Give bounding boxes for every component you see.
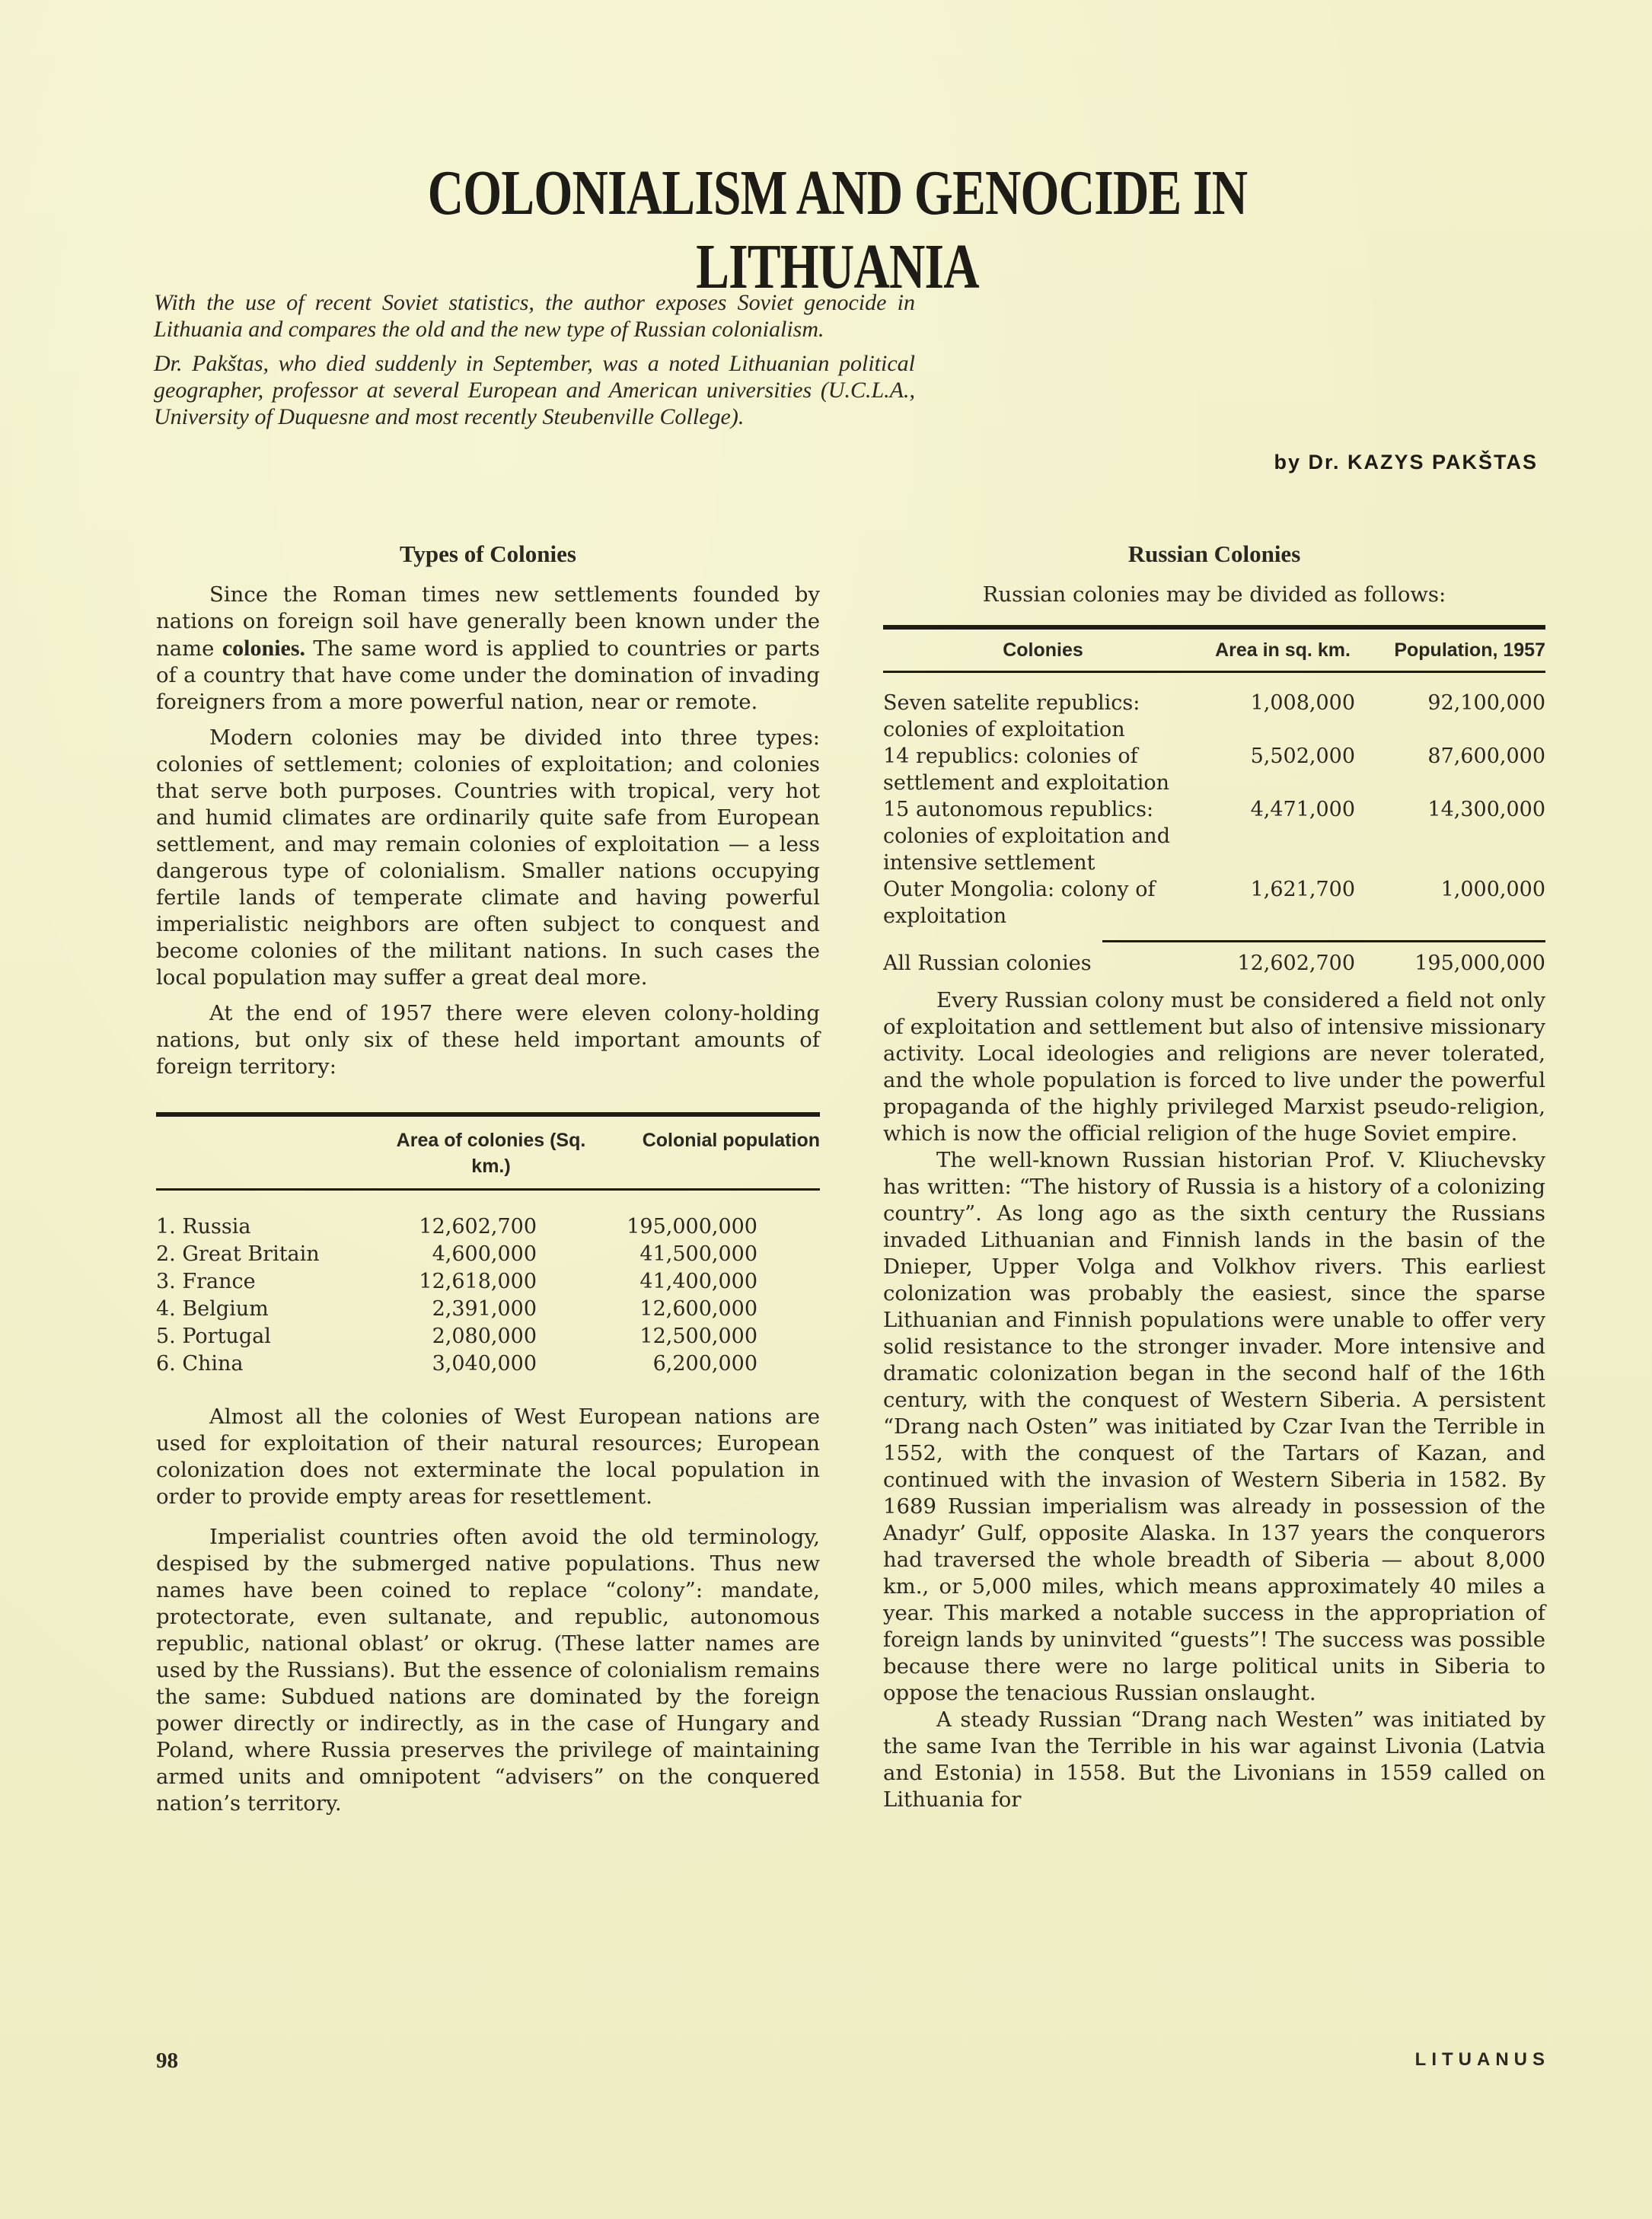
page-number: 98 bbox=[156, 2048, 178, 2074]
table-header: Area of colonies (Sq. km.) Colonial popu… bbox=[156, 1117, 820, 1188]
area-cell: 3,040,000 bbox=[377, 1350, 537, 1378]
journal-name: LITUANUS bbox=[1415, 2049, 1550, 2071]
table-body: 1. Russia12,602,700195,000,0002. Great B… bbox=[156, 1191, 820, 1395]
population-cell: 14,300,000 bbox=[1355, 796, 1545, 876]
country-cell: 5. Portugal bbox=[156, 1323, 377, 1350]
area-cell: 2,391,000 bbox=[377, 1296, 537, 1323]
section-heading-types-of-colonies: Types of Colonies bbox=[156, 540, 820, 568]
area-cell: 12,602,700 bbox=[377, 1213, 537, 1241]
header-cell-area: Area in sq. km. bbox=[1203, 639, 1363, 662]
population-cell: 41,500,000 bbox=[537, 1241, 757, 1268]
header-cell bbox=[156, 1127, 377, 1179]
table-row: 3. France12,618,00041,400,000 bbox=[156, 1268, 820, 1296]
paragraph: Every Russian colony must be considered … bbox=[883, 987, 1545, 1147]
colony-cell: 14 republics: colonies of settlement and… bbox=[883, 743, 1210, 796]
paragraph: A steady Russian “Drang nach Westen” was… bbox=[883, 1707, 1545, 1813]
intro-author-bio: Dr. Pakštas, who died suddenly in Septem… bbox=[154, 350, 915, 430]
table-row: 4. Belgium2,391,00012,600,000 bbox=[156, 1296, 820, 1323]
area-cell: 1,621,700 bbox=[1210, 876, 1355, 929]
table-row: 15 autonomous republics: colonies of exp… bbox=[883, 796, 1545, 876]
article-title: COLONIALISM AND GENOCIDE IN LITHUANIA bbox=[303, 156, 1372, 304]
total-rule bbox=[1102, 940, 1545, 942]
table-total-row: All Russian colonies 12,602,700 195,000,… bbox=[883, 950, 1545, 977]
table-row: 6. China3,040,0006,200,000 bbox=[156, 1350, 820, 1378]
article-intro: With the use of recent Soviet statistics… bbox=[154, 289, 915, 438]
paragraph: Since the Roman times new settlements fo… bbox=[156, 582, 820, 716]
area-cell: 4,471,000 bbox=[1210, 796, 1355, 876]
table-row: 14 republics: colonies of settlement and… bbox=[883, 743, 1545, 796]
colony-cell: 15 autonomous republics: colonies of exp… bbox=[883, 796, 1210, 876]
header-cell-area: Area of colonies (Sq. km.) bbox=[377, 1127, 605, 1179]
population-cell: 12,600,000 bbox=[537, 1296, 757, 1323]
header-cell-population: Colonial population bbox=[605, 1127, 820, 1179]
total-population: 195,000,000 bbox=[1355, 950, 1545, 977]
area-cell: 2,080,000 bbox=[377, 1323, 537, 1350]
table-row: 1. Russia12,602,700195,000,000 bbox=[156, 1213, 820, 1241]
population-cell: 87,600,000 bbox=[1355, 743, 1545, 796]
table-body: Seven satelite republics: colonies of ex… bbox=[883, 673, 1545, 929]
table-lead: Russian colonies may be divided as follo… bbox=[883, 582, 1545, 608]
population-cell: 41,400,000 bbox=[537, 1268, 757, 1296]
bold-term: colonies. bbox=[222, 636, 305, 661]
table-header: Colonies Area in sq. km. Population, 195… bbox=[883, 630, 1545, 671]
paragraph: Almost all the colonies of West European… bbox=[156, 1404, 820, 1510]
population-cell: 195,000,000 bbox=[537, 1213, 757, 1241]
paragraph: At the end of 1957 there were eleven col… bbox=[156, 1000, 820, 1080]
country-cell: 6. China bbox=[156, 1350, 377, 1378]
table-row: 5. Portugal2,080,00012,500,000 bbox=[156, 1323, 820, 1350]
intro-summary: With the use of recent Soviet statistics… bbox=[154, 289, 915, 343]
total-area: 12,602,700 bbox=[1210, 950, 1355, 977]
area-cell: 1,008,000 bbox=[1210, 690, 1355, 743]
population-cell: 12,500,000 bbox=[537, 1323, 757, 1350]
right-column: Russian Colonies Russian colonies may be… bbox=[883, 540, 1545, 1813]
country-cell: 2. Great Britain bbox=[156, 1241, 377, 1268]
table-row: Seven satelite republics: colonies of ex… bbox=[883, 690, 1545, 743]
area-cell: 12,618,000 bbox=[377, 1268, 537, 1296]
area-cell: 4,600,000 bbox=[377, 1241, 537, 1268]
paragraph: Imperialist countries often avoid the ol… bbox=[156, 1524, 820, 1817]
colony-cell: Seven satelite republics: colonies of ex… bbox=[883, 690, 1210, 743]
russian-colonies-table: Colonies Area in sq. km. Population, 195… bbox=[883, 625, 1545, 977]
left-column: Types of Colonies Since the Roman times … bbox=[156, 540, 820, 1817]
country-cell: 3. France bbox=[156, 1268, 377, 1296]
header-cell-population: Population, 1957 bbox=[1363, 639, 1545, 662]
population-cell: 92,100,000 bbox=[1355, 690, 1545, 743]
total-label: All Russian colonies bbox=[883, 950, 1210, 977]
paragraph: Modern colonies may be divided into thre… bbox=[156, 725, 820, 991]
colony-cell: Outer Mongolia: colony of exploitation bbox=[883, 876, 1210, 929]
byline: by Dr. KAZYS PAKŠTAS bbox=[1274, 451, 1538, 474]
population-cell: 6,200,000 bbox=[537, 1350, 757, 1378]
header-cell-colonies: Colonies bbox=[883, 639, 1203, 662]
area-cell: 5,502,000 bbox=[1210, 743, 1355, 796]
country-cell: 4. Belgium bbox=[156, 1296, 377, 1323]
section-heading-russian-colonies: Russian Colonies bbox=[883, 540, 1545, 568]
table-row: 2. Great Britain4,600,00041,500,000 bbox=[156, 1241, 820, 1268]
colonial-powers-table: Area of colonies (Sq. km.) Colonial popu… bbox=[156, 1112, 820, 1395]
country-cell: 1. Russia bbox=[156, 1213, 377, 1241]
table-row: Outer Mongolia: colony of exploitation1,… bbox=[883, 876, 1545, 929]
paragraph: The well-known Russian historian Prof. V… bbox=[883, 1147, 1545, 1707]
population-cell: 1,000,000 bbox=[1355, 876, 1545, 929]
